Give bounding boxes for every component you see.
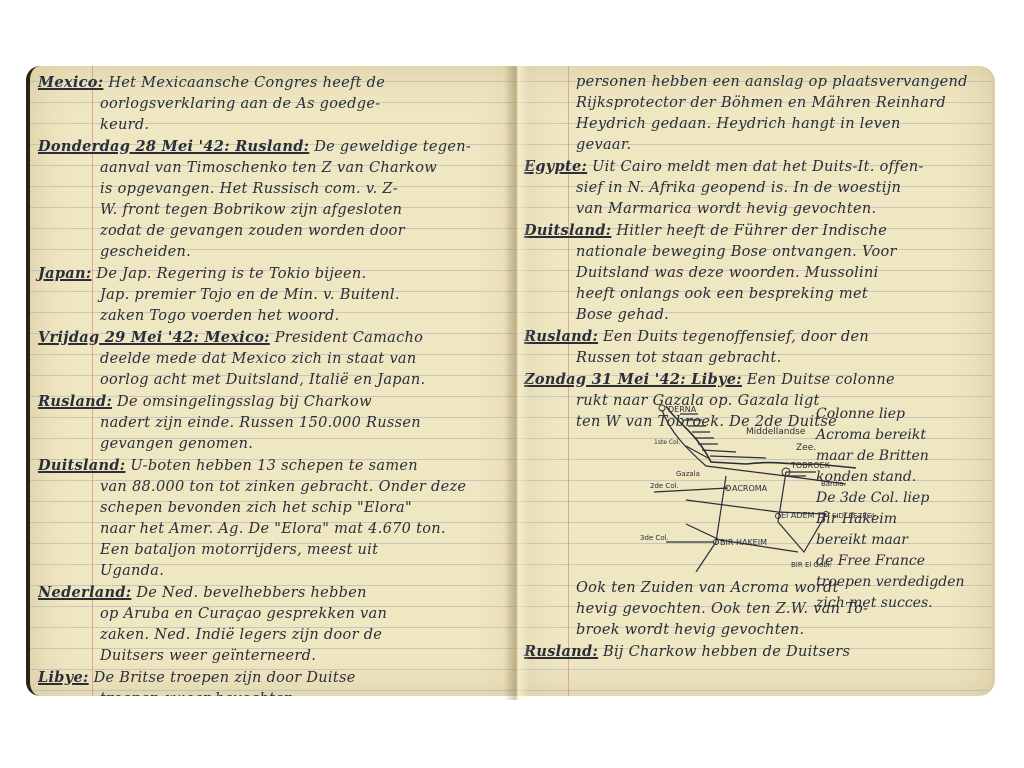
entry-text: broek wordt hevig gevochten. — [576, 622, 804, 638]
map-label-el-adem: El ADEM — [781, 511, 815, 520]
entry-text: schepen bevonden zich het schip "Elora" — [100, 500, 412, 516]
diary-entry: Rusland: De omsingelingsslag bij Charkow… — [38, 391, 512, 455]
open-notebook: Mexico: Het Mexicaansche Congres heeft d… — [26, 66, 998, 700]
entry-text: Hitler heeft de Führer der Indische — [616, 223, 887, 239]
entry-line: Duitsers weer geïnterneerd. — [38, 646, 512, 667]
entry-heading: Libye: — [38, 669, 89, 686]
entry-text: W. front tegen Bobrikow zijn afgesloten — [100, 202, 402, 218]
entry-line: gevaar. — [524, 135, 984, 156]
entry-text: President Camacho — [275, 330, 423, 346]
entry-text: keurd. — [100, 117, 149, 133]
left-page-entries: Mexico: Het Mexicaansche Congres heeft d… — [38, 72, 512, 696]
entry-line: Rusland: De omsingelingsslag bij Charkow — [38, 391, 512, 413]
entry-heading: Mexico: — [38, 74, 103, 91]
side-note-line: maar de Britten — [816, 446, 986, 467]
diary-entry: Duitsland: U-boten hebben 13 schepen te … — [38, 455, 512, 582]
entry-line: schepen bevonden zich het schip "Elora" — [38, 498, 512, 519]
map-label-sea: Middellandse — [746, 427, 806, 437]
entry-line: Russen tot staan gebracht. — [524, 348, 984, 369]
entry-text: Russen tot staan gebracht. — [576, 350, 782, 366]
entry-line: Rusland: Een Duits tegenoffensief, door … — [524, 326, 984, 348]
entry-text: Ook ten Zuiden van Acroma wordt — [576, 580, 839, 596]
entry-text: is opgevangen. Het Russisch com. v. Z- — [100, 181, 398, 197]
entry-text: Bose gehad. — [576, 307, 669, 323]
left-page: Mexico: Het Mexicaansche Congres heeft d… — [26, 66, 520, 696]
entry-text: sief in N. Afrika geopend is. In de woes… — [576, 180, 901, 196]
diary-entry: personen hebben een aanslag op plaatsver… — [524, 72, 984, 156]
entry-heading: Rusland: — [38, 393, 112, 410]
entry-text: De Ned. bevelhebbers hebben — [136, 585, 366, 601]
entry-line: aanval van Timoschenko ten Z van Charkow — [38, 158, 512, 179]
map-label-gazala: Gazala — [676, 470, 700, 478]
diary-entry: Duitsland: Hitler heeft de Führer der In… — [524, 220, 984, 326]
map-label-bir-hakeim: BIR HAKEIM — [720, 538, 767, 547]
side-note-line: konden stand. — [816, 467, 986, 488]
entry-line: sief in N. Afrika geopend is. In de woes… — [524, 178, 984, 199]
entry-text: De Britse troepen zijn door Duitse — [94, 670, 356, 686]
entry-line: Mexico: Het Mexicaansche Congres heeft d… — [38, 72, 512, 94]
entry-line: Heydrich gedaan. Heydrich hangt in leven — [524, 114, 984, 135]
entry-heading: Nederland: — [38, 584, 131, 601]
entry-line: Duitsland was deze woorden. Mussolini — [524, 263, 984, 284]
entry-line: broek wordt hevig gevochten. — [524, 620, 984, 641]
map-label-sea-2: Zee. — [796, 443, 816, 453]
entry-line: Een bataljon motorrijders, meest uit — [38, 540, 512, 561]
entry-text: gescheiden. — [100, 244, 191, 260]
diary-entry: Rusland: Een Duits tegenoffensief, door … — [524, 326, 984, 369]
entry-text: gevangen genomen. — [100, 436, 253, 452]
entry-line: Ook ten Zuiden van Acroma wordt — [524, 578, 984, 599]
entry-text: nationale beweging Bose ontvangen. Voor — [576, 244, 897, 260]
entry-text: Jap. premier Tojo en de Min. v. Buitenl. — [100, 287, 400, 303]
diary-entry: Mexico: Het Mexicaansche Congres heeft d… — [38, 72, 512, 136]
entry-line: Rijksprotector der Böhmen en Mähren Rein… — [524, 93, 984, 114]
entry-text: Een Duits tegenoffensief, door den — [603, 329, 869, 345]
diary-entry: Egypte: Uit Cairo meldt men dat het Duit… — [524, 156, 984, 220]
diary-entry: Nederland: De Ned. bevelhebbers hebbenop… — [38, 582, 512, 667]
entry-text: heeft onlangs ook een bespreking met — [576, 286, 868, 302]
entry-text: Uganda. — [100, 563, 164, 579]
side-note-line: Bir Hakeim — [816, 509, 986, 530]
entry-heading: Japan: — [38, 265, 92, 282]
entry-line: deelde mede dat Mexico zich in staat van — [38, 349, 512, 370]
entry-text: van Marmarica wordt hevig gevochten. — [576, 201, 876, 217]
entry-line: is opgevangen. Het Russisch com. v. Z- — [38, 179, 512, 200]
entry-text: op Aruba en Curaçao gesprekken van — [100, 606, 387, 622]
diary-entry: Ook ten Zuiden van Acroma wordthevig gev… — [524, 578, 984, 641]
entry-text: oorlog acht met Duitsland, Italië en Jap… — [100, 372, 425, 388]
side-note-line: Acroma bereikt — [816, 425, 986, 446]
entry-text: Uit Cairo meldt men dat het Duits-It. of… — [592, 159, 924, 175]
diary-entry: Donderdag 28 Mei '42: Rusland: De geweld… — [38, 136, 512, 263]
entry-text: De omsingelingsslag bij Charkow — [117, 394, 372, 410]
entry-text: oorlogsverklaring aan de As goedge- — [100, 96, 380, 112]
notebook-spine — [504, 66, 530, 700]
entry-line: op Aruba en Curaçao gesprekken van — [38, 604, 512, 625]
entry-text: Een Duitse colonne — [747, 372, 895, 388]
entry-line: oorlog acht met Duitsland, Italië en Jap… — [38, 370, 512, 391]
entry-heading: Zondag 31 Mei '42: Libye: — [524, 371, 742, 388]
entry-line: zaken. Ned. Indië legers zijn door de — [38, 625, 512, 646]
entry-line: van 88.000 ton tot zinken gebracht. Onde… — [38, 477, 512, 498]
entry-line: van Marmarica wordt hevig gevochten. — [524, 199, 984, 220]
entry-line: Rusland: Bij Charkow hebben de Duitsers — [524, 641, 984, 663]
entry-text: zaken Togo voerden het woord. — [100, 308, 340, 324]
entry-line: Vrijdag 29 Mei '42: Mexico: President Ca… — [38, 327, 512, 349]
entry-text: Het Mexicaansche Congres heeft de — [108, 75, 385, 91]
entry-line: nationale beweging Bose ontvangen. Voor — [524, 242, 984, 263]
entry-line: Duitsland: Hitler heeft de Führer der In… — [524, 220, 984, 242]
entry-text: aanval van Timoschenko ten Z van Charkow — [100, 160, 437, 176]
entry-text: hevig gevochten. Ook ten Z.W. van To- — [576, 601, 868, 617]
entry-line: Zondag 31 Mei '42: Libye: Een Duitse col… — [524, 369, 984, 391]
diary-entry: Vrijdag 29 Mei '42: Mexico: President Ca… — [38, 327, 512, 391]
entry-line: Duitsland: U-boten hebben 13 schepen te … — [38, 455, 512, 477]
entry-line: troepen zwaar bevochten. — [38, 689, 512, 696]
entry-text: deelde mede dat Mexico zich in staat van — [100, 351, 417, 367]
entry-text: zaken. Ned. Indië legers zijn door de — [100, 627, 382, 643]
entry-line: nadert zijn einde. Russen 150.000 Russen — [38, 413, 512, 434]
entry-line: Nederland: De Ned. bevelhebbers hebben — [38, 582, 512, 604]
entry-line: Japan: De Jap. Regering is te Tokio bije… — [38, 263, 512, 285]
entry-heading: Duitsland: — [38, 457, 125, 474]
entry-text: naar het Amer. Ag. De "Elora" mat 4.670 … — [100, 521, 446, 537]
entry-text: De geweldige tegen- — [314, 139, 471, 155]
right-page-entries: personen hebben een aanslag op plaatsver… — [524, 72, 984, 433]
entry-line: hevig gevochten. Ook ten Z.W. van To- — [524, 599, 984, 620]
right-page: personen hebben een aanslag op plaatsver… — [516, 66, 995, 696]
diary-entry: Rusland: Bij Charkow hebben de Duitsers — [524, 641, 984, 663]
entry-line: naar het Amer. Ag. De "Elora" mat 4.670 … — [38, 519, 512, 540]
map-label-col-1: 1ste Col. — [654, 439, 680, 446]
entry-line: personen hebben een aanslag op plaatsver… — [524, 72, 984, 93]
entry-line: keurd. — [38, 115, 512, 136]
entry-text: troepen zwaar bevochten. — [100, 691, 299, 696]
map-label-acroma: ACROMA — [732, 484, 768, 493]
entry-text: Duitsers weer geïnterneerd. — [100, 648, 316, 664]
entry-heading: Duitsland: — [524, 222, 611, 239]
entry-line: zaken Togo voerden het woord. — [38, 306, 512, 327]
entry-text: Duitsland was deze woorden. Mussolini — [576, 265, 879, 281]
entry-line: Libye: De Britse troepen zijn door Duits… — [38, 667, 512, 689]
entry-text: van 88.000 ton tot zinken gebracht. Onde… — [100, 479, 466, 495]
entry-line: Bose gehad. — [524, 305, 984, 326]
right-page-bottom-entries: Ook ten Zuiden van Acroma wordthevig gev… — [524, 578, 984, 663]
entry-text: Een bataljon motorrijders, meest uit — [100, 542, 378, 558]
entry-line: Jap. premier Tojo en de Min. v. Buitenl. — [38, 285, 512, 306]
entry-line: gescheiden. — [38, 242, 512, 263]
entry-text: zodat de gevangen zouden worden door — [100, 223, 405, 239]
side-note-line: De 3de Col. liep — [816, 488, 986, 509]
diary-entry: Japan: De Jap. Regering is te Tokio bije… — [38, 263, 512, 327]
entry-text: nadert zijn einde. Russen 150.000 Russen — [100, 415, 421, 431]
entry-line: heeft onlangs ook een bespreking met — [524, 284, 984, 305]
entry-line: Egypte: Uit Cairo meldt men dat het Duit… — [524, 156, 984, 178]
entry-text: gevaar. — [576, 137, 631, 153]
entry-line: zodat de gevangen zouden worden door — [38, 221, 512, 242]
map-label-derna: DERNA — [668, 405, 697, 414]
side-note-line: bereikt maar — [816, 530, 986, 551]
side-note-line: Colonne liep — [816, 404, 986, 425]
entry-text: De Jap. Regering is te Tokio bijeen. — [96, 266, 366, 282]
entry-text: Bij Charkow hebben de Duitsers — [603, 644, 850, 660]
entry-line: Donderdag 28 Mei '42: Rusland: De geweld… — [38, 136, 512, 158]
entry-line: gevangen genomen. — [38, 434, 512, 455]
entry-heading: Rusland: — [524, 643, 598, 660]
entry-line: Uganda. — [38, 561, 512, 582]
entry-text: Rijksprotector der Böhmen en Mähren Rein… — [576, 95, 946, 111]
entry-heading: Donderdag 28 Mei '42: Rusland: — [38, 138, 309, 155]
entry-text: Heydrich gedaan. Heydrich hangt in leven — [576, 116, 901, 132]
entry-line: W. front tegen Bobrikow zijn afgesloten — [38, 200, 512, 221]
side-note-line: de Free France — [816, 551, 986, 572]
entry-heading: Rusland: — [524, 328, 598, 345]
entry-line: oorlogsverklaring aan de As goedge- — [38, 94, 512, 115]
diary-entry: Libye: De Britse troepen zijn door Duits… — [38, 667, 512, 696]
entry-text: personen hebben een aanslag op plaatsver… — [576, 74, 968, 90]
map-label-col-3: 3de Col. — [640, 534, 669, 542]
entry-heading: Egypte: — [524, 158, 587, 175]
entry-heading: Vrijdag 29 Mei '42: Mexico: — [38, 329, 270, 346]
entry-text: U-boten hebben 13 schepen te samen — [130, 458, 418, 474]
map-label-col-2: 2de Col. — [650, 482, 679, 490]
